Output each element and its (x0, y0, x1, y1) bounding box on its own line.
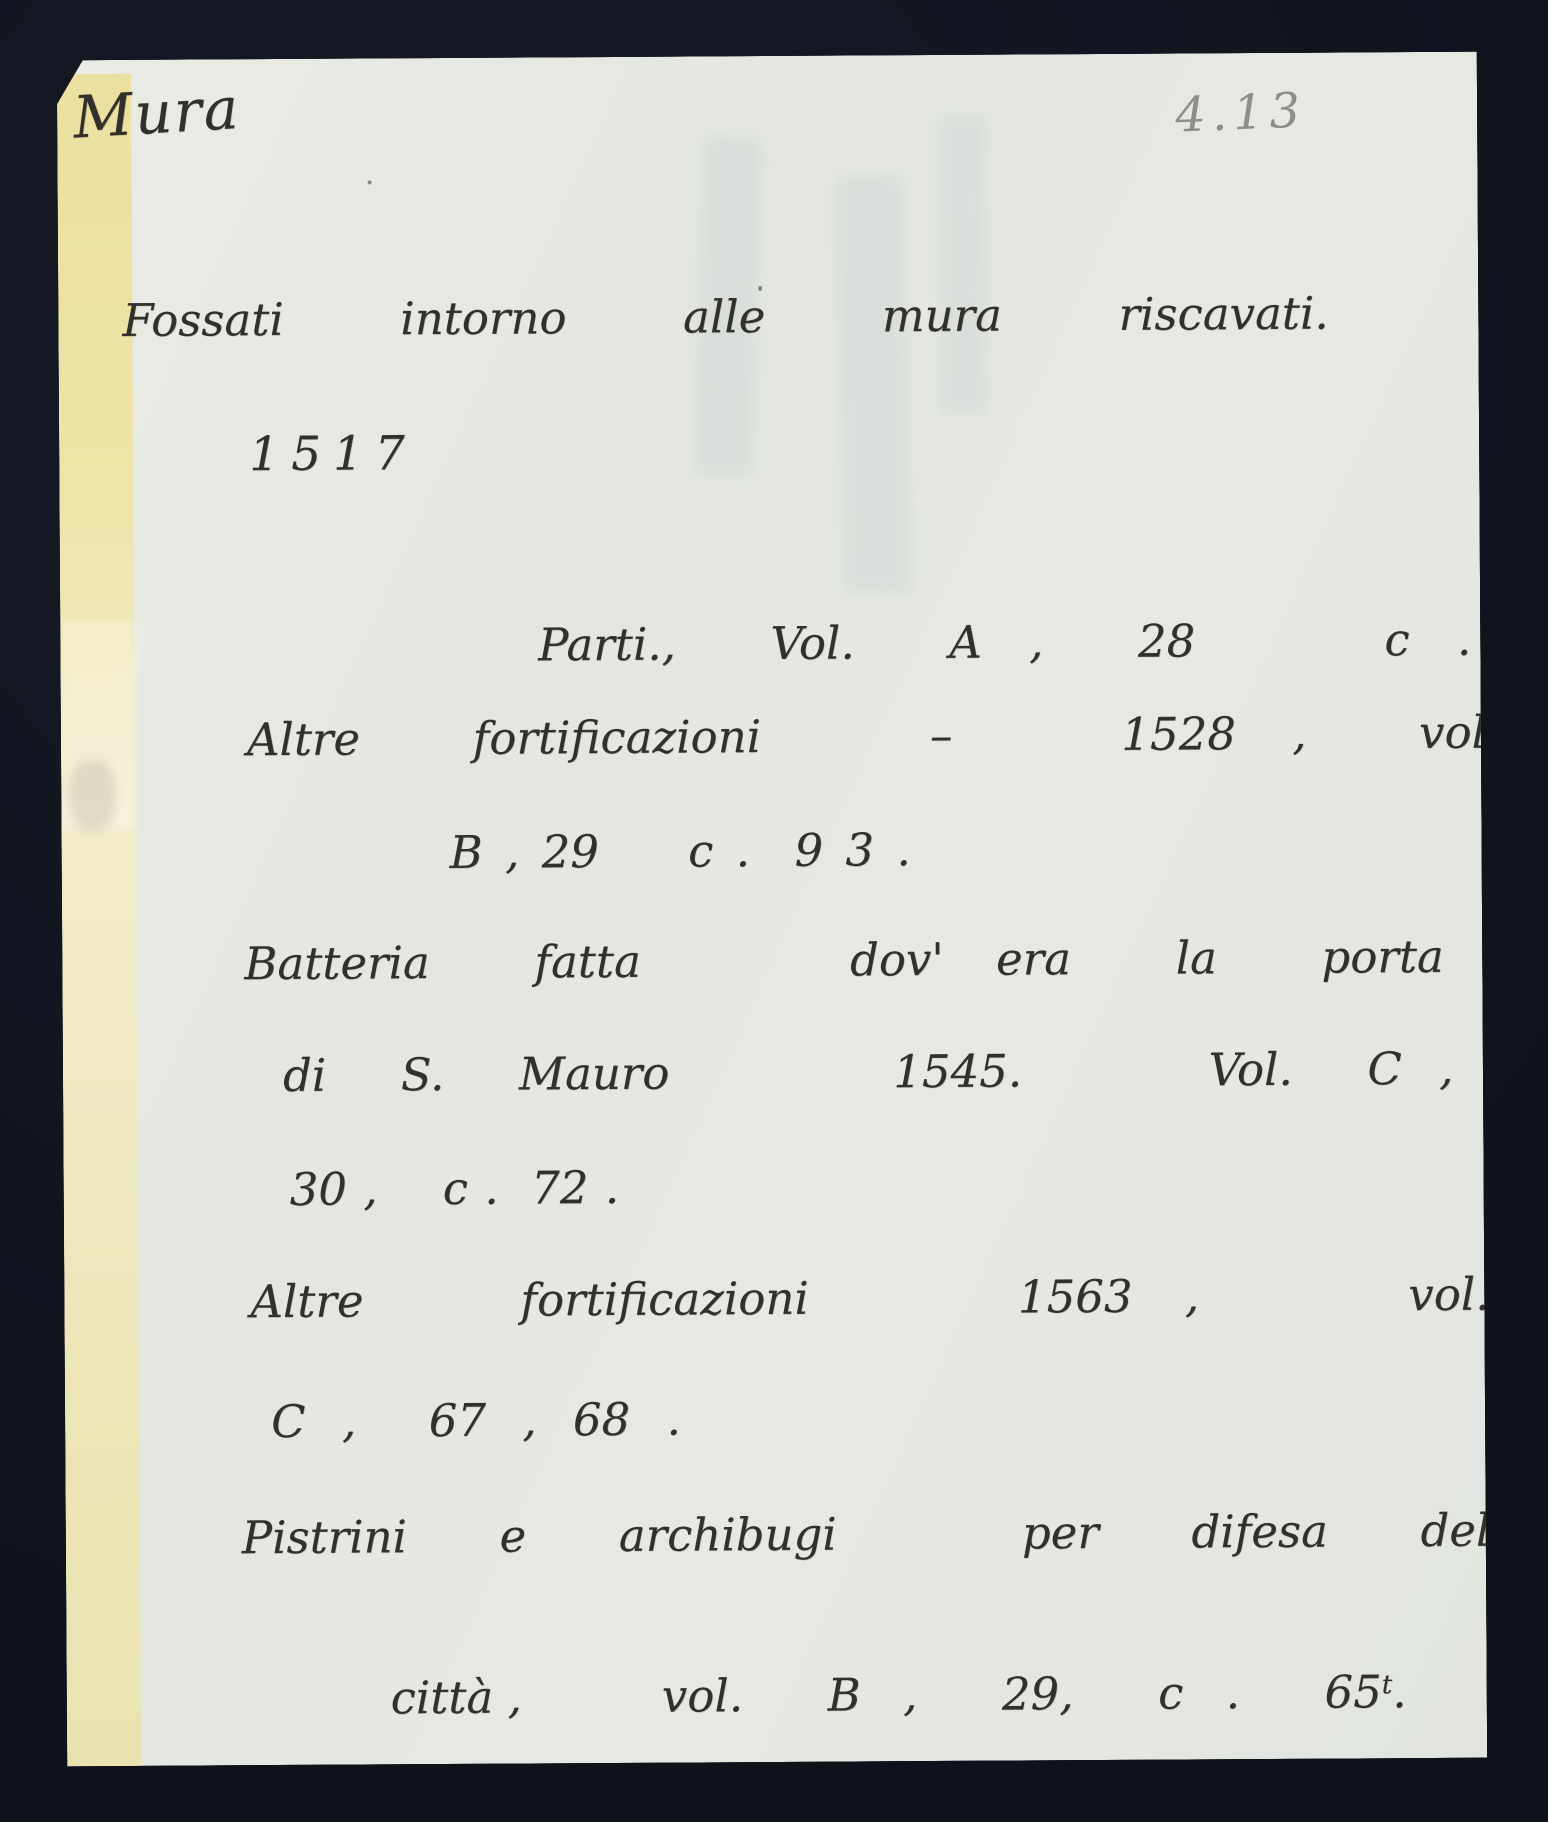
handwritten-line: Altre fortificazioni – 1528 , vol. (247, 710, 1501, 763)
superscript-t: t (1382, 1670, 1393, 1700)
handwritten-line: città ,vol. B , 29, c . 65t. (304, 1624, 1407, 1766)
handwritten-line: di S. Mauro 1545. Vol. C , (283, 1046, 1454, 1098)
card-heading: Mura (72, 79, 242, 147)
handwritten-line: 30 , c . 72 . (290, 1165, 620, 1212)
handwritten-line: 1517 (249, 430, 417, 478)
photo-background: Mura 4.13 Fossati intorno alle mura risc… (0, 0, 1548, 1822)
handwritten-line: B , 29 c . 9 3 . (450, 827, 911, 875)
ink-speck (368, 180, 372, 184)
note-card: Mura 4.13 Fossati intorno alle mura risc… (57, 52, 1487, 1767)
tape-smudge (69, 760, 115, 830)
line-text: Parti., Vol. A , 28 c . 150 (538, 612, 1548, 672)
handwritten-line: Batteria fatta dov' era la porta (244, 934, 1444, 986)
handwritten-line: C , 67 , 68 . (271, 1397, 681, 1445)
pencil-catalog-number: 4.13 (1174, 86, 1307, 139)
handwritten-line: Fossati intorno alle mura riscavati. (122, 291, 1328, 343)
line-text-continued: vol. B , 29, c . 65 (662, 1665, 1382, 1722)
handwritten-line: Altre fortificazioni 1563 , vol. (250, 1272, 1489, 1325)
line-tail: . (1392, 1665, 1407, 1718)
handwritten-line: Pistrini e archibugi per difesa della (242, 1507, 1532, 1560)
line-text: città , (390, 1671, 522, 1725)
show-through-stain (937, 115, 989, 415)
show-through-stain (834, 175, 914, 597)
handwritten-line: Parti., Vol. A , 28 c . 150t. (254, 570, 1548, 714)
